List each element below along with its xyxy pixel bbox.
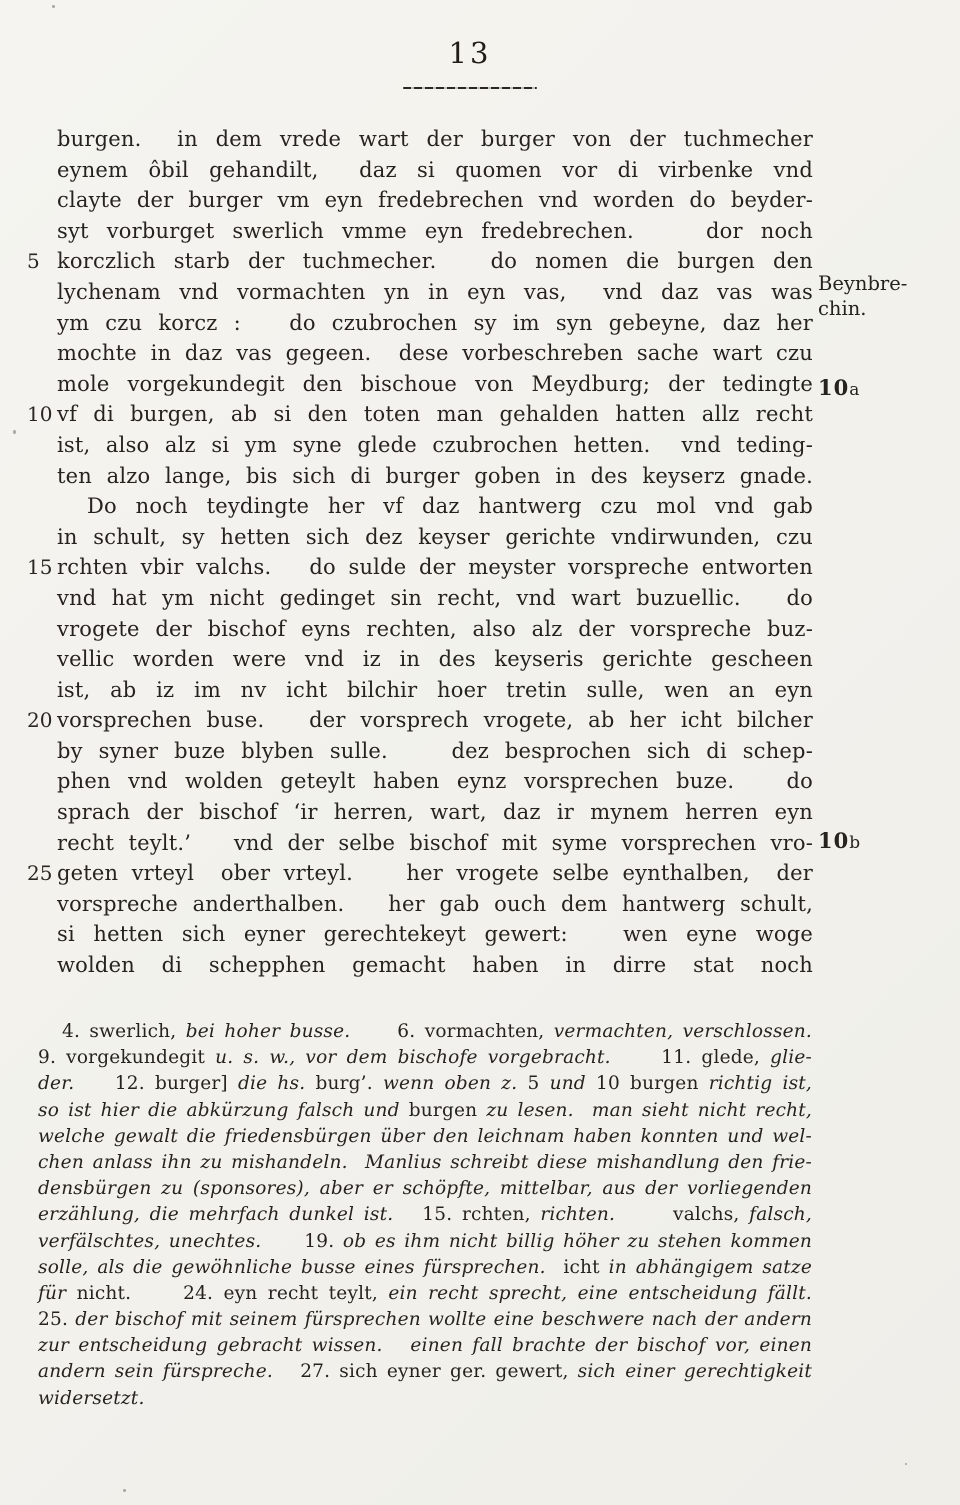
footnote-gloss: der bischof mit seinem fürsprechen wollt… (75, 1309, 812, 1330)
line-text: recht teylt.’ vnd der selbe bischof mit … (57, 828, 813, 859)
line-number: 20 (27, 705, 53, 736)
footnote-gloss: bei hoher busse. (186, 1021, 351, 1042)
footnote-line: erzählung, die mehrfach dunkel ist. 15. … (38, 1202, 812, 1228)
text-line: 5korczlich starb der tuchmecher. do nome… (27, 246, 813, 277)
header-rule (403, 87, 537, 89)
line-text: ten alzo lange, bis sich di burger goben… (57, 461, 813, 492)
line-text: ist, also alz si ym syne glede czubroche… (57, 430, 813, 461)
line-text: wolden di schepphen gemacht haben in dir… (57, 950, 813, 981)
text-line: mole vorgekundegit den bischoue von Meyd… (27, 369, 813, 400)
text-line: eynem ôbil gehandilt, daz si quomen vor … (27, 155, 813, 186)
footnote-gloss: richtig ist, (709, 1073, 812, 1094)
text-line: si hetten sich eyner gerechtekeyt gewert… (27, 919, 813, 950)
footnote-line: solle, als die gewöhnliche busse eines f… (38, 1255, 812, 1281)
footnote-line: widersetzt. (38, 1386, 812, 1412)
line-text: clayte der burger vm eyn fredebrechen vn… (57, 185, 813, 216)
footnote-lemma: burg’. (315, 1073, 383, 1094)
footnote-line: 9. vorgekundegit u. s. w., vor dem bisch… (38, 1045, 812, 1071)
margin-note-number: 10 (818, 375, 849, 400)
line-text: rchten vbir valchs. do sulde der meyster… (57, 552, 813, 583)
footnote-gloss: zur entscheidung gebracht wissen. einen … (38, 1335, 812, 1356)
line-text: vrogete der bischof eyns rechten, also a… (57, 614, 813, 645)
footnote-lemma: valchs, (615, 1204, 749, 1225)
text-line: by syner buze blyben sulle. dez besproch… (27, 736, 813, 767)
text-line: vnd hat ym nicht gedinget sin recht, vnd… (27, 583, 813, 614)
margin-note-number: 10 (818, 828, 849, 853)
footnote-gloss: chen anlass ihn zu mishandeln. Manlius s… (38, 1152, 812, 1173)
footnote-gloss: ein recht sprecht, eine entscheidung fäl… (388, 1283, 812, 1304)
line-text: ist, ab iz im nv icht bilchir hoer treti… (57, 675, 813, 706)
text-line: syt vorburget swerlich vmme eyn fredebre… (27, 216, 813, 247)
scanned-book-page: 13 burgen. in dem vrede wart der burger … (0, 0, 960, 1505)
footnote-gloss: für (38, 1283, 77, 1304)
margin-note-beynbrechin: Beynbre- chin. (818, 271, 907, 321)
line-text: syt vorburget swerlich vmme eyn fredebre… (57, 216, 813, 247)
footnote-gloss: sich einer gerechtigkeit (578, 1361, 812, 1382)
footnote-lemma: 11. glede, (611, 1047, 770, 1068)
footnote-line: densbürgen zu (sponsores), aber er schöp… (38, 1176, 812, 1202)
text-line: phen vnd wolden geteylt haben eynz vorsp… (27, 766, 813, 797)
footnote-lemma: burgen (409, 1100, 487, 1121)
margin-note-10a: 10a (818, 375, 859, 403)
footnote-line: für nicht. 24. eyn recht teylt, ein rech… (38, 1281, 812, 1307)
footnote-gloss: andern sein fürspreche. (38, 1361, 300, 1382)
footnote-lemma: 15. rchten, (393, 1204, 540, 1225)
footnote-lemma: 4. swerlich, (62, 1021, 186, 1042)
margin-note-letter: b (849, 833, 860, 853)
footnote-gloss: verfälschtes, unechtes. (38, 1231, 261, 1252)
line-text: burgen. in dem vrede wart der burger von… (57, 124, 813, 155)
footnote-gloss: erzählung, die mehrfach dunkel ist. (38, 1204, 393, 1225)
footnote-gloss: die hs. (238, 1073, 315, 1094)
text-line: clayte der burger vm eyn fredebrechen vn… (27, 185, 813, 216)
text-line: lychenam vnd vormachten yn in eyn vas, v… (27, 277, 813, 308)
footnote-line: welche gewalt die friedensbürgen über de… (38, 1124, 812, 1150)
footnote-lemma: 25. (38, 1309, 75, 1330)
text-line: 10vf di burgen, ab si den toten man geha… (27, 399, 813, 430)
line-number: 5 (27, 246, 53, 277)
footnote-lemma: 27. sich eyner ger. gewert, (300, 1361, 577, 1382)
footnote-gloss: in abhängigem satze (609, 1257, 812, 1278)
footnote-lemma: icht (563, 1257, 608, 1278)
footnote-gloss: widersetzt. (38, 1388, 145, 1409)
footnote-gloss: richten. (540, 1204, 615, 1225)
footnote-lemma: 5 (527, 1073, 549, 1094)
footnote-lemma: 19. (261, 1231, 343, 1252)
line-text: vorsprechen buse. der vorsprech vrogete,… (57, 705, 813, 736)
scan-speck (13, 430, 16, 434)
text-line: ym czu korcz : do czubrochen sy im syn g… (27, 308, 813, 339)
line-text: vellic worden were vnd iz in des keyseri… (57, 644, 813, 675)
text-line: burgen. in dem vrede wart der burger von… (27, 124, 813, 155)
text-line: 25geten vrteyl ober vrteyl. her vrogete … (27, 858, 813, 889)
footnote-gloss: u. s. w., vor dem bischofe vorgebracht. (215, 1047, 611, 1068)
line-text: vorspreche anderthalben. her gab ouch de… (57, 889, 813, 920)
text-line: vorspreche anderthalben. her gab ouch de… (27, 889, 813, 920)
line-text: sprach der bischof ‘ir herren, wart, daz… (57, 797, 813, 828)
footnote-lemma: 9. vorgekundegit (38, 1047, 215, 1068)
footnote-line: chen anlass ihn zu mishandeln. Manlius s… (38, 1150, 812, 1176)
footnote-lemma: 10 burgen (596, 1073, 709, 1094)
text-line: 15rchten vbir valchs. do sulde der meyst… (27, 552, 813, 583)
footnote-gloss: densbürgen zu (sponsores), aber er schöp… (38, 1178, 812, 1199)
text-line: in schult, sy hetten sich dez keyser ger… (27, 522, 813, 553)
margin-note-line: chin. (818, 296, 907, 321)
text-line: recht teylt.’ vnd der selbe bischof mit … (27, 828, 813, 859)
line-text: korczlich starb der tuchmecher. do nomen… (57, 246, 813, 277)
line-text: mole vorgekundegit den bischoue von Meyd… (57, 369, 813, 400)
line-text: in schult, sy hetten sich dez keyser ger… (57, 522, 813, 553)
line-text: by syner buze blyben sulle. dez besproch… (57, 736, 813, 767)
text-line: Do noch teydingte her vf daz hantwerg cz… (27, 491, 813, 522)
scan-speck (52, 5, 55, 8)
footnote-line: 25. der bischof mit seinem fürsprechen w… (38, 1307, 812, 1333)
footnote-gloss: glie- (770, 1047, 812, 1068)
line-text: Do noch teydingte her vf daz hantwerg cz… (57, 491, 813, 522)
footnote-gloss: vermachten, verschlossen. (554, 1021, 812, 1042)
footnote-lemma: 6. vormachten, (350, 1021, 553, 1042)
line-text: vf di burgen, ab si den toten man gehald… (57, 399, 813, 430)
footnote-lemma: 12. burger] (74, 1073, 238, 1094)
line-text: phen vnd wolden geteylt haben eynz vorsp… (57, 766, 813, 797)
line-number: 10 (27, 399, 53, 430)
text-line: wolden di schepphen gemacht haben in dir… (27, 950, 813, 981)
text-line: ist, ab iz im nv icht bilchir hoer treti… (27, 675, 813, 706)
footnote-gloss: und (550, 1073, 596, 1094)
text-line: ist, also alz si ym syne glede czubroche… (27, 430, 813, 461)
text-line: vrogete der bischof eyns rechten, also a… (27, 614, 813, 645)
footnotes-block: 4. swerlich, bei hoher busse. 6. vormach… (38, 1019, 812, 1412)
scan-speck (905, 1463, 907, 1465)
line-number: 25 (27, 858, 53, 889)
text-line: vellic worden were vnd iz in des keyseri… (27, 644, 813, 675)
footnote-line: verfälschtes, unechtes. 19. ob es ihm ni… (38, 1229, 812, 1255)
footnote-lemma: nicht. 24. eyn recht teylt, (77, 1283, 389, 1304)
margin-note-line: Beynbre- (818, 271, 907, 296)
footnote-gloss: ob es ihm nicht billig höher zu stehen k… (343, 1231, 812, 1252)
footnote-gloss: welche gewalt die friedensbürgen über de… (38, 1126, 812, 1147)
line-text: si hetten sich eyner gerechtekeyt gewert… (57, 919, 813, 950)
line-number: 15 (27, 552, 53, 583)
footnote-gloss: zu lesen. man sieht nicht recht, (486, 1100, 812, 1121)
margin-note-10b: 10b (818, 828, 860, 856)
footnote-line: der. 12. burger] die hs. burg’. wenn obe… (38, 1071, 812, 1097)
line-text: ym czu korcz : do czubrochen sy im syn g… (57, 308, 813, 339)
text-line: 20vorsprechen buse. der vorsprech vroget… (27, 705, 813, 736)
footnote-gloss: falsch, (749, 1204, 812, 1225)
footnote-line: so ist hier die abkürzung falsch und bur… (38, 1098, 812, 1124)
footnote-line: zur entscheidung gebracht wissen. einen … (38, 1333, 812, 1359)
text-line: mochte in daz vas gegeen. dese vorbeschr… (27, 338, 813, 369)
footnote-line: andern sein fürspreche. 27. sich eyner g… (38, 1359, 812, 1385)
line-text: geten vrteyl ober vrteyl. her vrogete se… (57, 858, 813, 889)
page-number: 13 (449, 36, 492, 70)
line-text: lychenam vnd vormachten yn in eyn vas, v… (57, 277, 813, 308)
footnote-line: 4. swerlich, bei hoher busse. 6. vormach… (38, 1019, 812, 1045)
line-text: vnd hat ym nicht gedinget sin recht, vnd… (57, 583, 813, 614)
text-line: sprach der bischof ‘ir herren, wart, daz… (27, 797, 813, 828)
text-line: ten alzo lange, bis sich di burger goben… (27, 461, 813, 492)
footnote-gloss: solle, als die gewöhnliche busse eines f… (38, 1257, 563, 1278)
line-text: eynem ôbil gehandilt, daz si quomen vor … (57, 155, 813, 186)
footnote-gloss: so ist hier die abkürzung falsch und (38, 1100, 409, 1121)
margin-note-letter: a (849, 380, 859, 400)
footnote-gloss: der. (38, 1073, 74, 1094)
line-text: mochte in daz vas gegeen. dese vorbeschr… (57, 338, 813, 369)
main-text-block: burgen. in dem vrede wart der burger von… (27, 124, 813, 981)
footnote-gloss: wenn oben z. (383, 1073, 527, 1094)
scan-speck (123, 1489, 126, 1492)
page-header: 13 (403, 36, 537, 70)
